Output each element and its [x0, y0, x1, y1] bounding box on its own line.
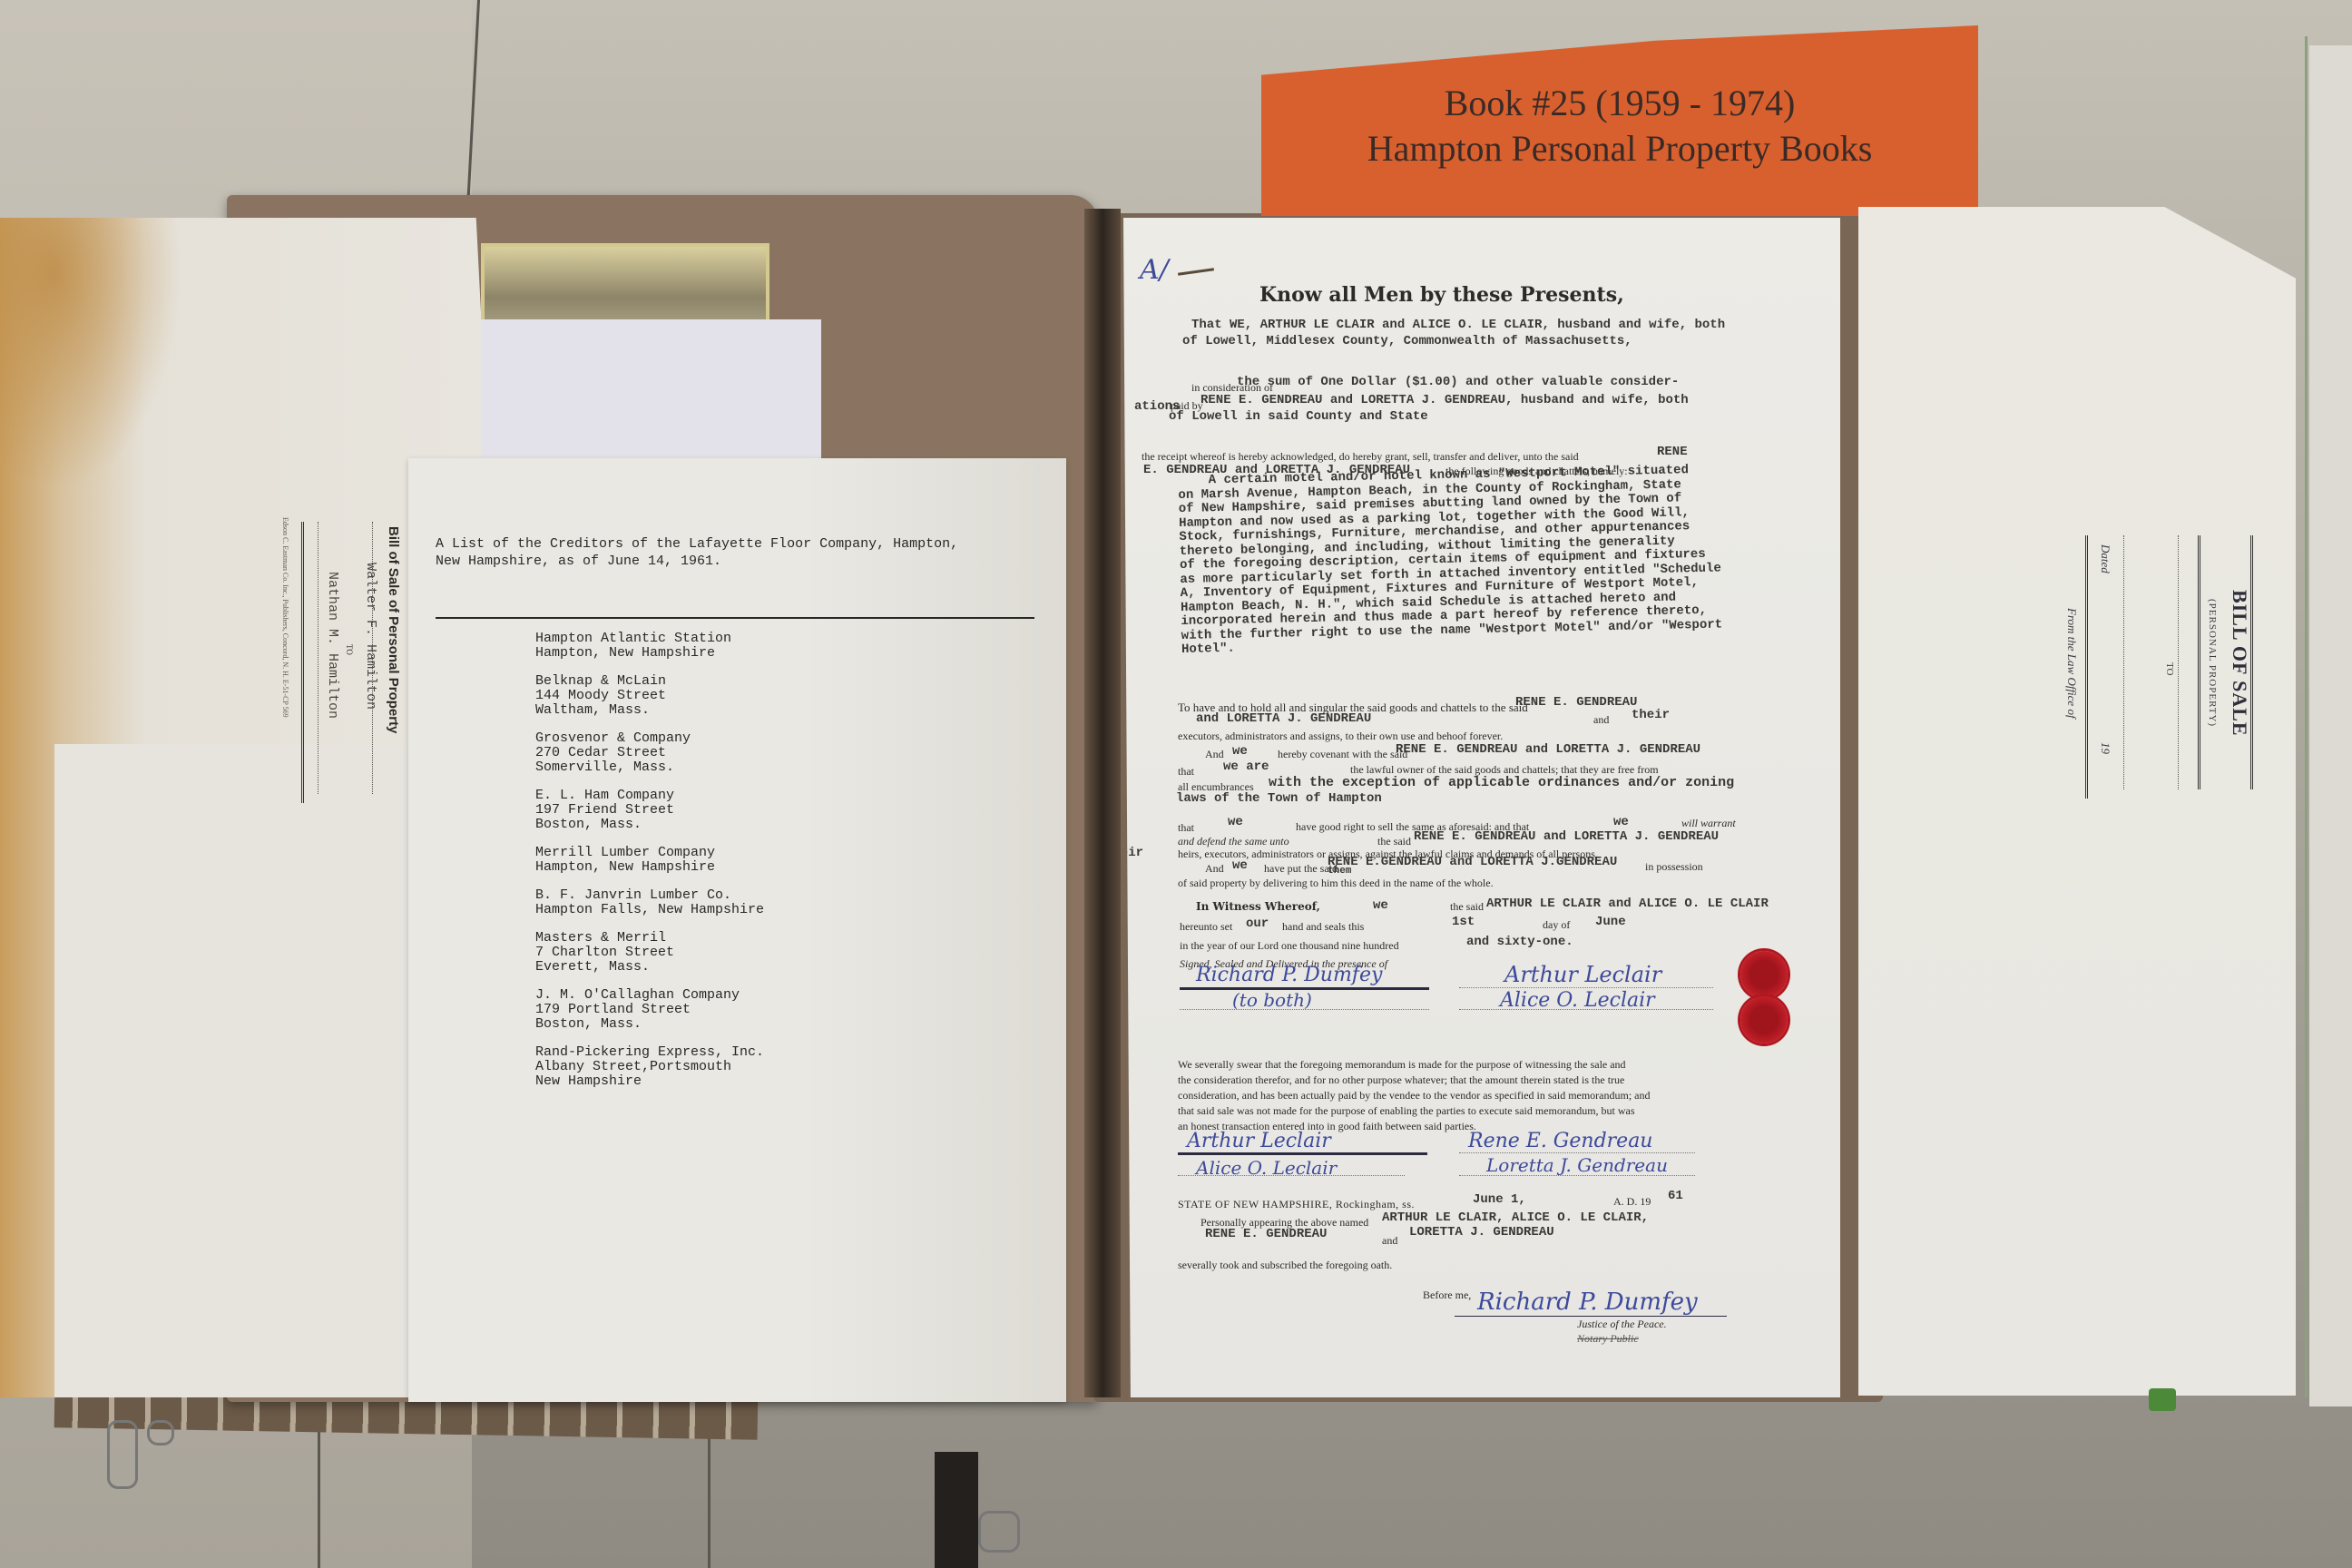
- notary-struck: Notary Public: [1577, 1332, 1639, 1346]
- wax-seal: [1740, 996, 1788, 1044]
- defend-text: and defend the same unto: [1178, 835, 1289, 848]
- receipt-text: the receipt whereof is hereby acknowledg…: [1142, 450, 1579, 464]
- green-edge: [2305, 36, 2308, 1397]
- rene-signature: Rene E. Gendreau: [1468, 1130, 1652, 1152]
- blank-form-title: BILL OF SALE: [2228, 590, 2251, 737]
- creditors-list-page: A List of the Creditors of the Lafayette…: [408, 458, 1066, 1402]
- book-label-text: Book #25 (1959 - 1974) Hampton Personal …: [1261, 82, 1978, 172]
- creditor-address-line: 270 Cedar Street: [535, 746, 1034, 760]
- sig-line: [1178, 1152, 1427, 1155]
- bill-of-sale-deed: A/ Know all Men by these Presents, That …: [1123, 218, 1840, 1397]
- paid-by-line2: of Lowell in said County and State: [1169, 409, 1428, 424]
- grantors-line1: That WE, ARTHUR LE CLAIR and ALICE O. LE…: [1191, 318, 1725, 332]
- year-typed: and sixty-one.: [1466, 935, 1573, 949]
- creditor-name: Hampton Atlantic Station: [535, 632, 1034, 646]
- creditor-name: B. F. Janvrin Lumber Co.: [535, 888, 1034, 903]
- will-warrant-text: will warrant: [1681, 817, 1736, 830]
- ad-year: 61: [1668, 1189, 1683, 1203]
- covenant-names: RENE E. GENDREAU and LORETTA J. GENDREAU: [1396, 742, 1700, 757]
- have-put-names: RENE E.GENDREAU and LORETTA J.GENDREAU: [1328, 855, 1617, 869]
- alice-signature: Alice O. Leclair: [1500, 989, 1655, 1012]
- creditors-title-line1: A List of the Creditors of the Lafayette…: [436, 535, 1034, 553]
- we-text-3: we: [1613, 815, 1629, 829]
- dotted-line: [318, 522, 318, 794]
- that-label: that: [1178, 765, 1194, 779]
- exception-text: with the exception of applicable ordinan…: [1269, 775, 1734, 790]
- and-label: and: [1593, 713, 1609, 727]
- we-text-4: we: [1232, 858, 1248, 873]
- creditors-title-line2: New Hampshire, as of June 14, 1961.: [436, 553, 1034, 570]
- creditor-address-line: Hampton Falls, New Hampshire: [535, 903, 1034, 917]
- and-label-2: And: [1205, 862, 1224, 876]
- day-of-label: day of: [1543, 918, 1570, 932]
- book-label-line1: Book #25 (1959 - 1974): [1261, 82, 1978, 125]
- water-stain: [0, 218, 181, 490]
- personally-and: and: [1382, 1234, 1397, 1248]
- creditor-entry: Masters & Merril7 Charlton StreetEverett…: [535, 931, 1034, 975]
- arthur-signature-2: Arthur Leclair: [1187, 1130, 1331, 1152]
- creditor-address-line: Somerville, Mass.: [535, 760, 1034, 775]
- binder-clip-handle: [107, 1420, 138, 1489]
- binder-clip-handle: [978, 1511, 1020, 1553]
- creditor-entry: Merrill Lumber CompanyHampton, New Hamps…: [535, 846, 1034, 875]
- personally-names-3: LORETTA J. GENDREAU: [1409, 1225, 1554, 1240]
- witness-signature-note: (to both): [1232, 989, 1312, 1011]
- witness-text: In Witness Whereof,: [1196, 900, 1320, 913]
- creditor-entry: Grosvenor & Company270 Cedar StreetSomer…: [535, 731, 1034, 775]
- hands-seals-text: hand and seals this: [1282, 920, 1364, 934]
- creditor-address-line: 179 Portland Street: [535, 1003, 1034, 1017]
- receipt-rene: RENE: [1657, 445, 1688, 459]
- grantors-line2: of Lowell, Middlesex County, Commonwealt…: [1182, 334, 1632, 348]
- old-bos-publisher: Edson C. Eastman Co. Inc., Publishers, C…: [281, 517, 289, 718]
- exception-text-2: laws of the Town of Hampton: [1176, 791, 1382, 806]
- to-have-names: RENE E. GENDREAU: [1515, 695, 1637, 710]
- creditor-address-line: Everett, Mass.: [535, 960, 1034, 975]
- subscribed-text: severally took and subscribed the forego…: [1178, 1259, 1392, 1272]
- oath-line: the consideration therefor, and for no o…: [1178, 1073, 1651, 1088]
- we-text-5: we: [1373, 898, 1388, 913]
- old-bill-of-sale-endorsement: Bill of Sale of Personal Property Walter…: [272, 508, 408, 799]
- oath-date: June 1,: [1473, 1192, 1526, 1207]
- hereunto-text: hereunto set: [1180, 920, 1232, 934]
- double-rule: [301, 522, 304, 803]
- personally-names: ARTHUR LE CLAIR, ALICE O. LE CLAIR,: [1382, 1210, 1649, 1225]
- personally-names-2: RENE E. GENDREAU: [1205, 1227, 1327, 1241]
- creditor-address-line: Hampton, New Hampshire: [535, 646, 1034, 661]
- sig-line: [1459, 1152, 1695, 1153]
- in-possession-text: in possession: [1645, 860, 1703, 874]
- oath-line: We severally swear that the foregoing me…: [1178, 1057, 1651, 1073]
- their-text: their: [1632, 708, 1670, 722]
- creditor-address-line: 144 Moody Street: [535, 689, 1034, 703]
- that-label-2: that: [1178, 821, 1194, 835]
- loretta-signature: Loretta J. Gendreau: [1486, 1154, 1668, 1176]
- creditor-name: Belknap & McLain: [535, 674, 1034, 689]
- creditor-address-line: Hampton, New Hampshire: [535, 860, 1034, 875]
- creditor-name: Grosvenor & Company: [535, 731, 1034, 746]
- double-rule: [2085, 535, 2088, 799]
- blank-form-year: 19: [2098, 742, 2112, 754]
- justice-sig-line: [1455, 1316, 1727, 1317]
- our-text: our: [1246, 916, 1269, 931]
- the-said-label: the said: [1377, 835, 1411, 848]
- and-we-label: And: [1205, 748, 1224, 761]
- creditors-entries: Hampton Atlantic StationHampton, New Ham…: [436, 632, 1034, 1089]
- old-bos-from: Walter F. Hamilton: [363, 563, 378, 710]
- old-bos-title: Bill of Sale of Personal Property: [386, 526, 401, 733]
- wax-seal: [1740, 951, 1788, 998]
- dotted-line: [2178, 535, 2179, 789]
- divider-rule: [436, 617, 1034, 619]
- creditor-entry: Belknap & McLain144 Moody StreetWaltham,…: [535, 674, 1034, 718]
- paid-by-names: RENE E. GENDREAU and LORETTA J. GENDREAU…: [1200, 393, 1689, 407]
- creditor-address-line: Albany Street,Portsmouth: [535, 1060, 1034, 1074]
- binder-clip: [935, 1452, 978, 1568]
- book-label-line2: Hampton Personal Property Books: [1261, 125, 1978, 172]
- corner-mark: A/: [1140, 254, 1169, 286]
- blank-form-endorsement: BILL OF SALE (PERSONAL PROPERTY) TO Date…: [2033, 508, 2250, 799]
- book-spine: [1084, 209, 1121, 1397]
- covenant-text: hereby covenant with the said: [1278, 748, 1407, 761]
- to-have-names2: and LORETTA J. GENDREAU: [1196, 711, 1371, 726]
- creditor-name: J. M. O'Callaghan Company: [535, 988, 1034, 1003]
- alice-signature-2: Alice O. Leclair: [1196, 1157, 1337, 1179]
- state-venue: STATE OF NEW HAMPSHIRE, Rockingham, ss.: [1178, 1198, 1415, 1211]
- creditor-name: E. L. Ham Company: [535, 789, 1034, 803]
- creditor-address-line: Waltham, Mass.: [535, 703, 1034, 718]
- defend-names: RENE E. GENDREAU and LORETTA J. GENDREAU: [1414, 829, 1719, 844]
- creditor-address-line: 7 Charlton Street: [535, 946, 1034, 960]
- have-put-text: have put the said: [1264, 862, 1338, 876]
- creditor-entry: J. M. O'Callaghan Company179 Portland St…: [535, 988, 1034, 1032]
- old-bos-to-name: Nathan M. Hamilton: [325, 572, 340, 719]
- oath-paragraph: We severally swear that the foregoing me…: [1178, 1057, 1651, 1134]
- underlying-page: [54, 744, 417, 1397]
- ad-label: A. D. 19: [1613, 1195, 1651, 1209]
- them-text: them: [1328, 866, 1351, 877]
- blank-form-to: TO: [2164, 662, 2175, 675]
- we-are-text: we are: [1223, 759, 1269, 774]
- we-text: we: [1232, 744, 1248, 759]
- deed-title: Know all Men by these Presents,: [1259, 283, 1624, 307]
- double-rule: [2198, 535, 2200, 789]
- oath-line: that said sale was not made for the purp…: [1178, 1103, 1651, 1119]
- dotted-line: [2123, 535, 2124, 789]
- witness-signature: Richard P. Dumfey: [1196, 964, 1382, 986]
- binder-clip-handle: [147, 1420, 174, 1445]
- we-text-2: we: [1228, 815, 1243, 829]
- day-value: 1st: [1452, 915, 1475, 929]
- month-value: June: [1595, 915, 1626, 929]
- creditor-entry: Hampton Atlantic StationHampton, New Ham…: [535, 632, 1034, 661]
- green-clip: [2149, 1388, 2176, 1411]
- adjacent-paper-edge: [2309, 45, 2352, 1406]
- blank-form-from: From the Law Office of: [2064, 608, 2079, 719]
- creditor-entry: Rand-Pickering Express, Inc.Albany Stree…: [535, 1045, 1034, 1089]
- before-me-text: Before me,: [1423, 1289, 1471, 1302]
- executors-text: executors, administrators and assigns, t…: [1178, 730, 1503, 743]
- justice-title: Justice of the Peace.: [1577, 1318, 1667, 1331]
- creditor-name: Merrill Lumber Company: [535, 846, 1034, 860]
- witness-said: the said: [1450, 900, 1484, 914]
- arthur-signature: Arthur Leclair: [1504, 962, 1661, 987]
- creditor-address-line: Boston, Mass.: [535, 1017, 1034, 1032]
- old-bos-to-label: TO: [345, 644, 354, 655]
- creditor-address-line: New Hampshire: [535, 1074, 1034, 1089]
- creditor-entry: E. L. Ham Company197 Friend StreetBoston…: [535, 789, 1034, 832]
- blank-note-sheet: [481, 319, 821, 465]
- creditor-name: Rand-Pickering Express, Inc.: [535, 1045, 1034, 1060]
- blank-form-subtitle: (PERSONAL PROPERTY): [2207, 599, 2218, 727]
- creditor-address-line: 197 Friend Street: [535, 803, 1034, 818]
- blank-form-dated: Dated: [2098, 544, 2112, 573]
- creditor-address-line: Boston, Mass.: [535, 818, 1034, 832]
- sig-line: [1459, 987, 1713, 988]
- year-line-text: in the year of our Lord one thousand nin…: [1180, 939, 1399, 953]
- consideration-text: the sum of One Dollar ($1.00) and other …: [1237, 375, 1679, 389]
- staple: [1178, 268, 1214, 276]
- oath-line: consideration, and has been actually pai…: [1178, 1088, 1651, 1103]
- witness-names: ARTHUR LE CLAIR and ALICE O. LE CLAIR: [1486, 897, 1769, 911]
- creditor-name: Masters & Merril: [535, 931, 1034, 946]
- property-description: A certain motel and/or hotel known as "W…: [1178, 462, 1798, 658]
- delivering-text: of said property by delivering to him th…: [1178, 877, 1494, 890]
- blank-bill-of-sale-form: [1858, 207, 2296, 1396]
- justice-signature: Richard P. Dumfey: [1477, 1289, 1698, 1316]
- creditor-entry: B. F. Janvrin Lumber Co.Hampton Falls, N…: [535, 888, 1034, 917]
